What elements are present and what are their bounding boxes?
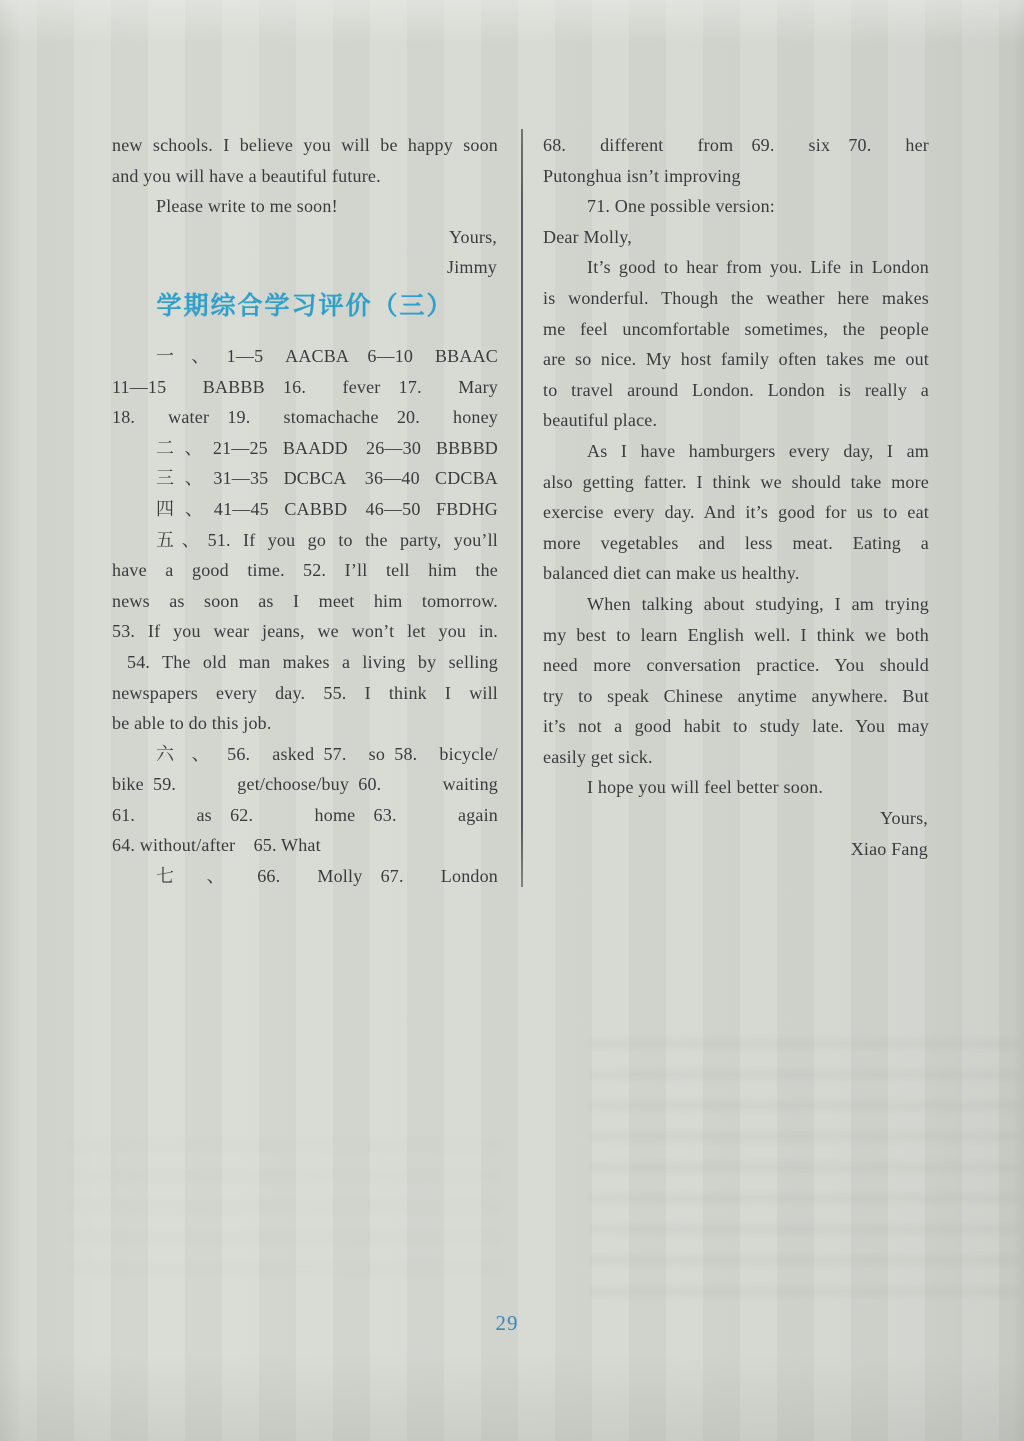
- text-line: Xiao Fang: [543, 834, 929, 865]
- text-line: balanced diet can make us healthy.: [543, 558, 929, 589]
- text-line: newspapers every day. 55. I think I will: [112, 678, 498, 709]
- text-line: 68. different from 69. six 70. her: [543, 130, 929, 161]
- text-line: As I have hamburgers every day, I am: [543, 436, 929, 467]
- text-line: 三、31—35 DCBCA 36—40 CDCBA: [112, 463, 498, 494]
- text-line: try to speak Chinese anytime anywhere. B…: [543, 681, 929, 712]
- text-line: Dear Molly,: [543, 222, 929, 253]
- text-line: 二、21—25 BAADD 26—30 BBBBD: [112, 433, 498, 464]
- text-line: It’s good to hear from you. Life in Lond…: [543, 252, 929, 283]
- text-line: Jimmy: [112, 252, 498, 283]
- text-line: are so nice. My host family often takes …: [543, 344, 929, 375]
- text-line: new schools. I believe you will be happy…: [112, 130, 498, 161]
- text-line: When talking about studying, I am trying: [543, 589, 929, 620]
- page-number: 29: [0, 1311, 1014, 1336]
- scanned-book-page: { "document": { "heading": "学期综合学习评价（三）"…: [0, 0, 1024, 1441]
- text-line: 18. water 19. stomachache 20. honey: [112, 402, 498, 433]
- text-line: news as soon as I meet him tomorrow.: [112, 586, 498, 617]
- text-line: 11—15 BABBB 16. fever 17. Mary: [112, 372, 498, 403]
- text-line: 54. The old man makes a living by sellin…: [112, 647, 498, 678]
- text-line: and you will have a beautiful future.: [112, 161, 498, 192]
- text-line: more vegetables and less meat. Eating a: [543, 528, 929, 559]
- text-line: 61. as 62. home 63. again: [112, 800, 498, 831]
- text-line: it’s not a good habit to study late. You…: [543, 711, 929, 742]
- text-line: my best to learn English well. I think w…: [543, 620, 929, 651]
- column-divider: [521, 129, 523, 887]
- text-line: 一、1—5 AACBA 6—10 BBAAC: [112, 341, 498, 372]
- text-line: me feel uncomfortable sometimes, the peo…: [543, 314, 929, 345]
- page-bleedthrough-ghosting: [590, 1038, 1020, 1300]
- page-bleedthrough-ghosting-soft: [70, 1140, 500, 1290]
- text-line: beautiful place.: [543, 405, 929, 436]
- text-line: is wonderful. Though the weather here ma…: [543, 283, 929, 314]
- text-line: Yours,: [112, 222, 498, 253]
- text-line: need more conversation practice. You sho…: [543, 650, 929, 681]
- answer-column-left: new schools. I believe you will be happy…: [112, 130, 498, 892]
- text-line: have a good time. 52. I’ll tell him the: [112, 555, 498, 586]
- text-line: 七、66. Molly 67. London: [112, 861, 498, 892]
- text-line: exercise every day. And it’s good for us…: [543, 497, 929, 528]
- text-line: Please write to me soon!: [112, 191, 498, 222]
- text-line: easily get sick.: [543, 742, 929, 773]
- text-line: bike 59. get/choose/buy 60. waiting: [112, 769, 498, 800]
- text-line: 64. without/after 65. What: [112, 830, 498, 861]
- text-line: Yours,: [543, 803, 929, 834]
- text-line: be able to do this job.: [112, 708, 498, 739]
- text-line: Putonghua isn’t improving: [543, 161, 929, 192]
- text-line: I hope you will feel better soon.: [543, 772, 929, 803]
- text-line: also getting fatter. I think we should t…: [543, 467, 929, 498]
- text-line: 五、51. If you go to the party, you’ll: [112, 525, 498, 556]
- answer-column-right: 68. different from 69. six 70. herPutong…: [543, 130, 929, 864]
- text-line: 53. If you wear jeans, we won’t let you …: [112, 616, 498, 647]
- section-heading: 学期综合学习评价（三）: [112, 290, 498, 322]
- text-line: 四、41—45 CABBD 46—50 FBDHG: [112, 494, 498, 525]
- text-line: to travel around London. London is reall…: [543, 375, 929, 406]
- text-line: 71. One possible version:: [543, 191, 929, 222]
- text-line: 六、56. asked 57. so 58. bicycle/: [112, 739, 498, 770]
